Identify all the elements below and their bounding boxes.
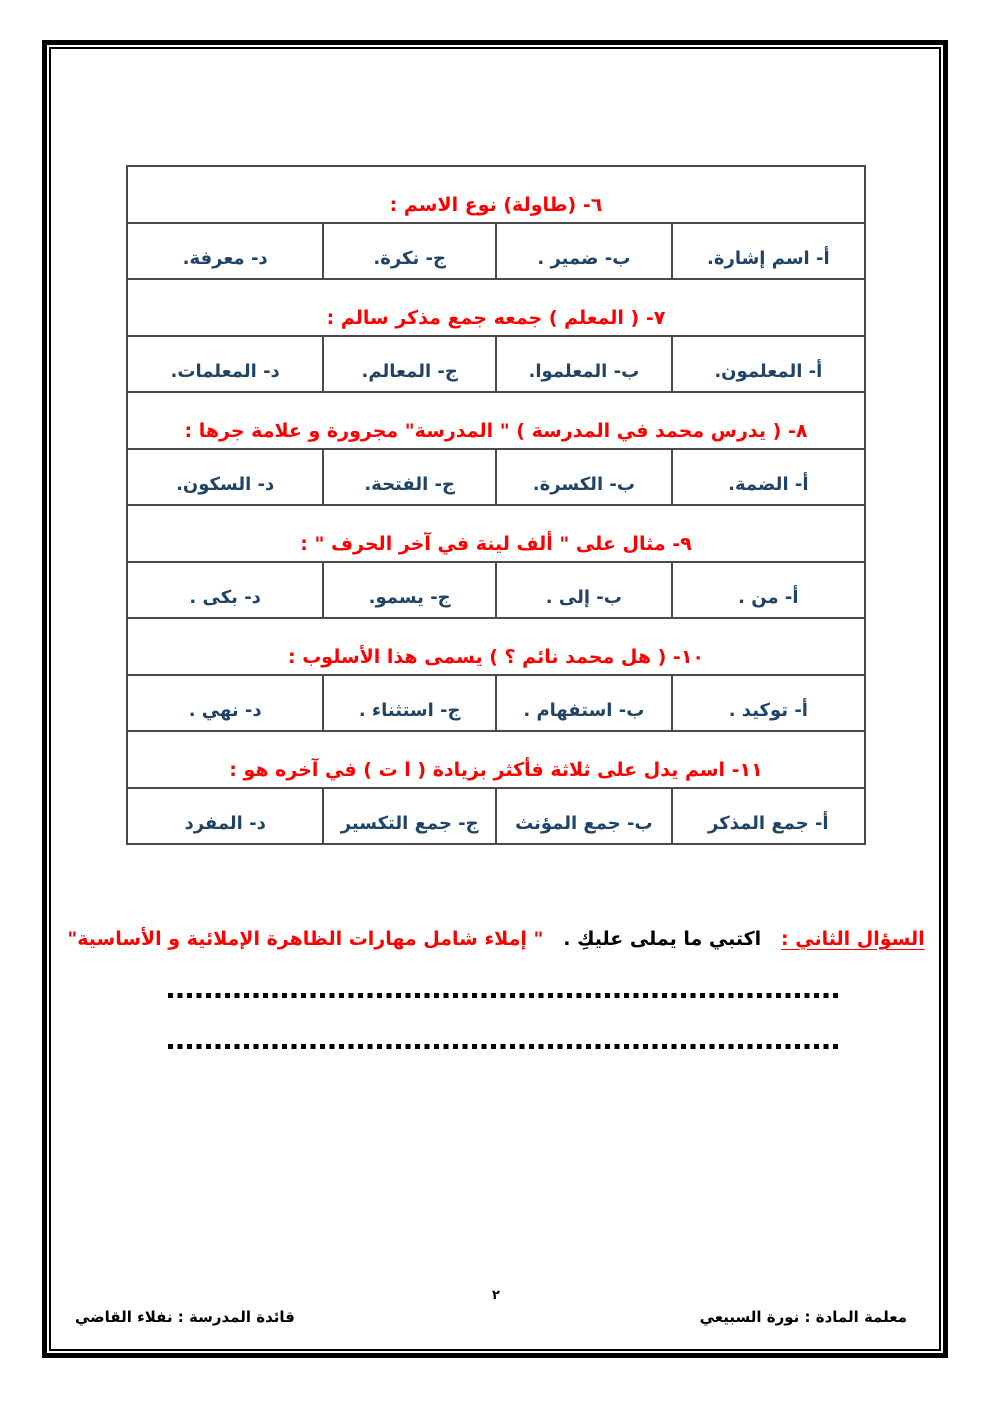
question-8-option-d: د- السكون. (127, 449, 323, 505)
question-11-row: ١١- اسم يدل على ثلاثة فأكثر بزيادة ( ا ت… (127, 731, 865, 788)
question-9-options-row: أ- من . ب- إلى . ج- يسمو. د- بكى . (127, 562, 865, 618)
answer-dotted-line-2 (168, 1044, 840, 1049)
question-6-prompt: ٦- (طاولة) نوع الاسم : (127, 166, 865, 223)
question-10-prompt: ١٠- ( هل محمد نائم ؟ ) يسمى هذا الأسلوب … (127, 618, 865, 675)
question-8-option-a: أ- الضمة. (672, 449, 865, 505)
question-10-row: ١٠- ( هل محمد نائم ؟ ) يسمى هذا الأسلوب … (127, 618, 865, 675)
question-10-option-c: ج- استثناء . (323, 675, 496, 731)
question-10-option-a: أ- توكيد . (672, 675, 865, 731)
question-8-row: ٨- ( يدرس محمد في المدرسة ) " المدرسة" م… (127, 392, 865, 449)
second-question-title: السؤال الثاني : (781, 928, 925, 950)
questions-table: ٦- (طاولة) نوع الاسم : أ- اسم إشارة. ب- … (126, 165, 866, 845)
question-7-option-a: أ- المعلمون. (672, 336, 865, 392)
question-9-option-a: أ- من . (672, 562, 865, 618)
question-7-row: ٧- ( المعلم ) جمعه جمع مذكر سالم : (127, 279, 865, 336)
question-7-option-b: ب- المعلموا. (496, 336, 672, 392)
question-11-option-a: أ- جمع المذكر (672, 788, 865, 844)
question-6-option-d: د- معرفة. (127, 223, 323, 279)
question-7-option-c: ج- المعالم. (323, 336, 496, 392)
footer-teacher-name: معلمة المادة : نورة السبيعي (700, 1308, 907, 1326)
question-10-option-d: د- نهي . (127, 675, 323, 731)
question-8-prompt: ٨- ( يدرس محمد في المدرسة ) " المدرسة" م… (127, 392, 865, 449)
second-question-quote: " إملاء شامل مهارات الظاهرة الإملائية و … (67, 928, 543, 950)
second-question-instruction: اكتبي ما يملى عليكِ . (563, 928, 761, 950)
question-9-option-d: د- بكى . (127, 562, 323, 618)
question-11-option-c: ج- جمع التكسير (323, 788, 496, 844)
question-6-row: ٦- (طاولة) نوع الاسم : (127, 166, 865, 223)
question-9-row: ٩- مثال على " ألف لينة في آخر الحرف " : (127, 505, 865, 562)
footer-principal-name: قائدة المدرسة : نفلاء القاضي (75, 1308, 295, 1326)
question-8-option-b: ب- الكسرة. (496, 449, 672, 505)
question-10-option-b: ب- استفهام . (496, 675, 672, 731)
question-7-prompt: ٧- ( المعلم ) جمعه جمع مذكر سالم : (127, 279, 865, 336)
question-6-options-row: أ- اسم إشارة. ب- ضمير . ج- نكرة. د- معرف… (127, 223, 865, 279)
question-9-option-b: ب- إلى . (496, 562, 672, 618)
question-6-option-b: ب- ضمير . (496, 223, 672, 279)
question-6-option-a: أ- اسم إشارة. (672, 223, 865, 279)
second-question-line: السؤال الثاني : اكتبي ما يملى عليكِ . " … (60, 928, 932, 950)
question-8-option-c: ج- الفتحة. (323, 449, 496, 505)
question-11-option-d: د- المفرد (127, 788, 323, 844)
question-10-options-row: أ- توكيد . ب- استفهام . ج- استثناء . د- … (127, 675, 865, 731)
question-8-options-row: أ- الضمة. ب- الكسرة. ج- الفتحة. د- السكو… (127, 449, 865, 505)
question-7-option-d: د- المعلمات. (127, 336, 323, 392)
question-7-options-row: أ- المعلمون. ب- المعلموا. ج- المعالم. د-… (127, 336, 865, 392)
question-11-option-b: ب- جمع المؤنث (496, 788, 672, 844)
question-6-option-c: ج- نكرة. (323, 223, 496, 279)
answer-dotted-line-1 (168, 993, 840, 998)
question-9-option-c: ج- يسمو. (323, 562, 496, 618)
question-9-prompt: ٩- مثال على " ألف لينة في آخر الحرف " : (127, 505, 865, 562)
question-11-prompt: ١١- اسم يدل على ثلاثة فأكثر بزيادة ( ا ت… (127, 731, 865, 788)
page-number: ٢ (0, 1288, 992, 1303)
question-11-options-row: أ- جمع المذكر ب- جمع المؤنث ج- جمع التكس… (127, 788, 865, 844)
